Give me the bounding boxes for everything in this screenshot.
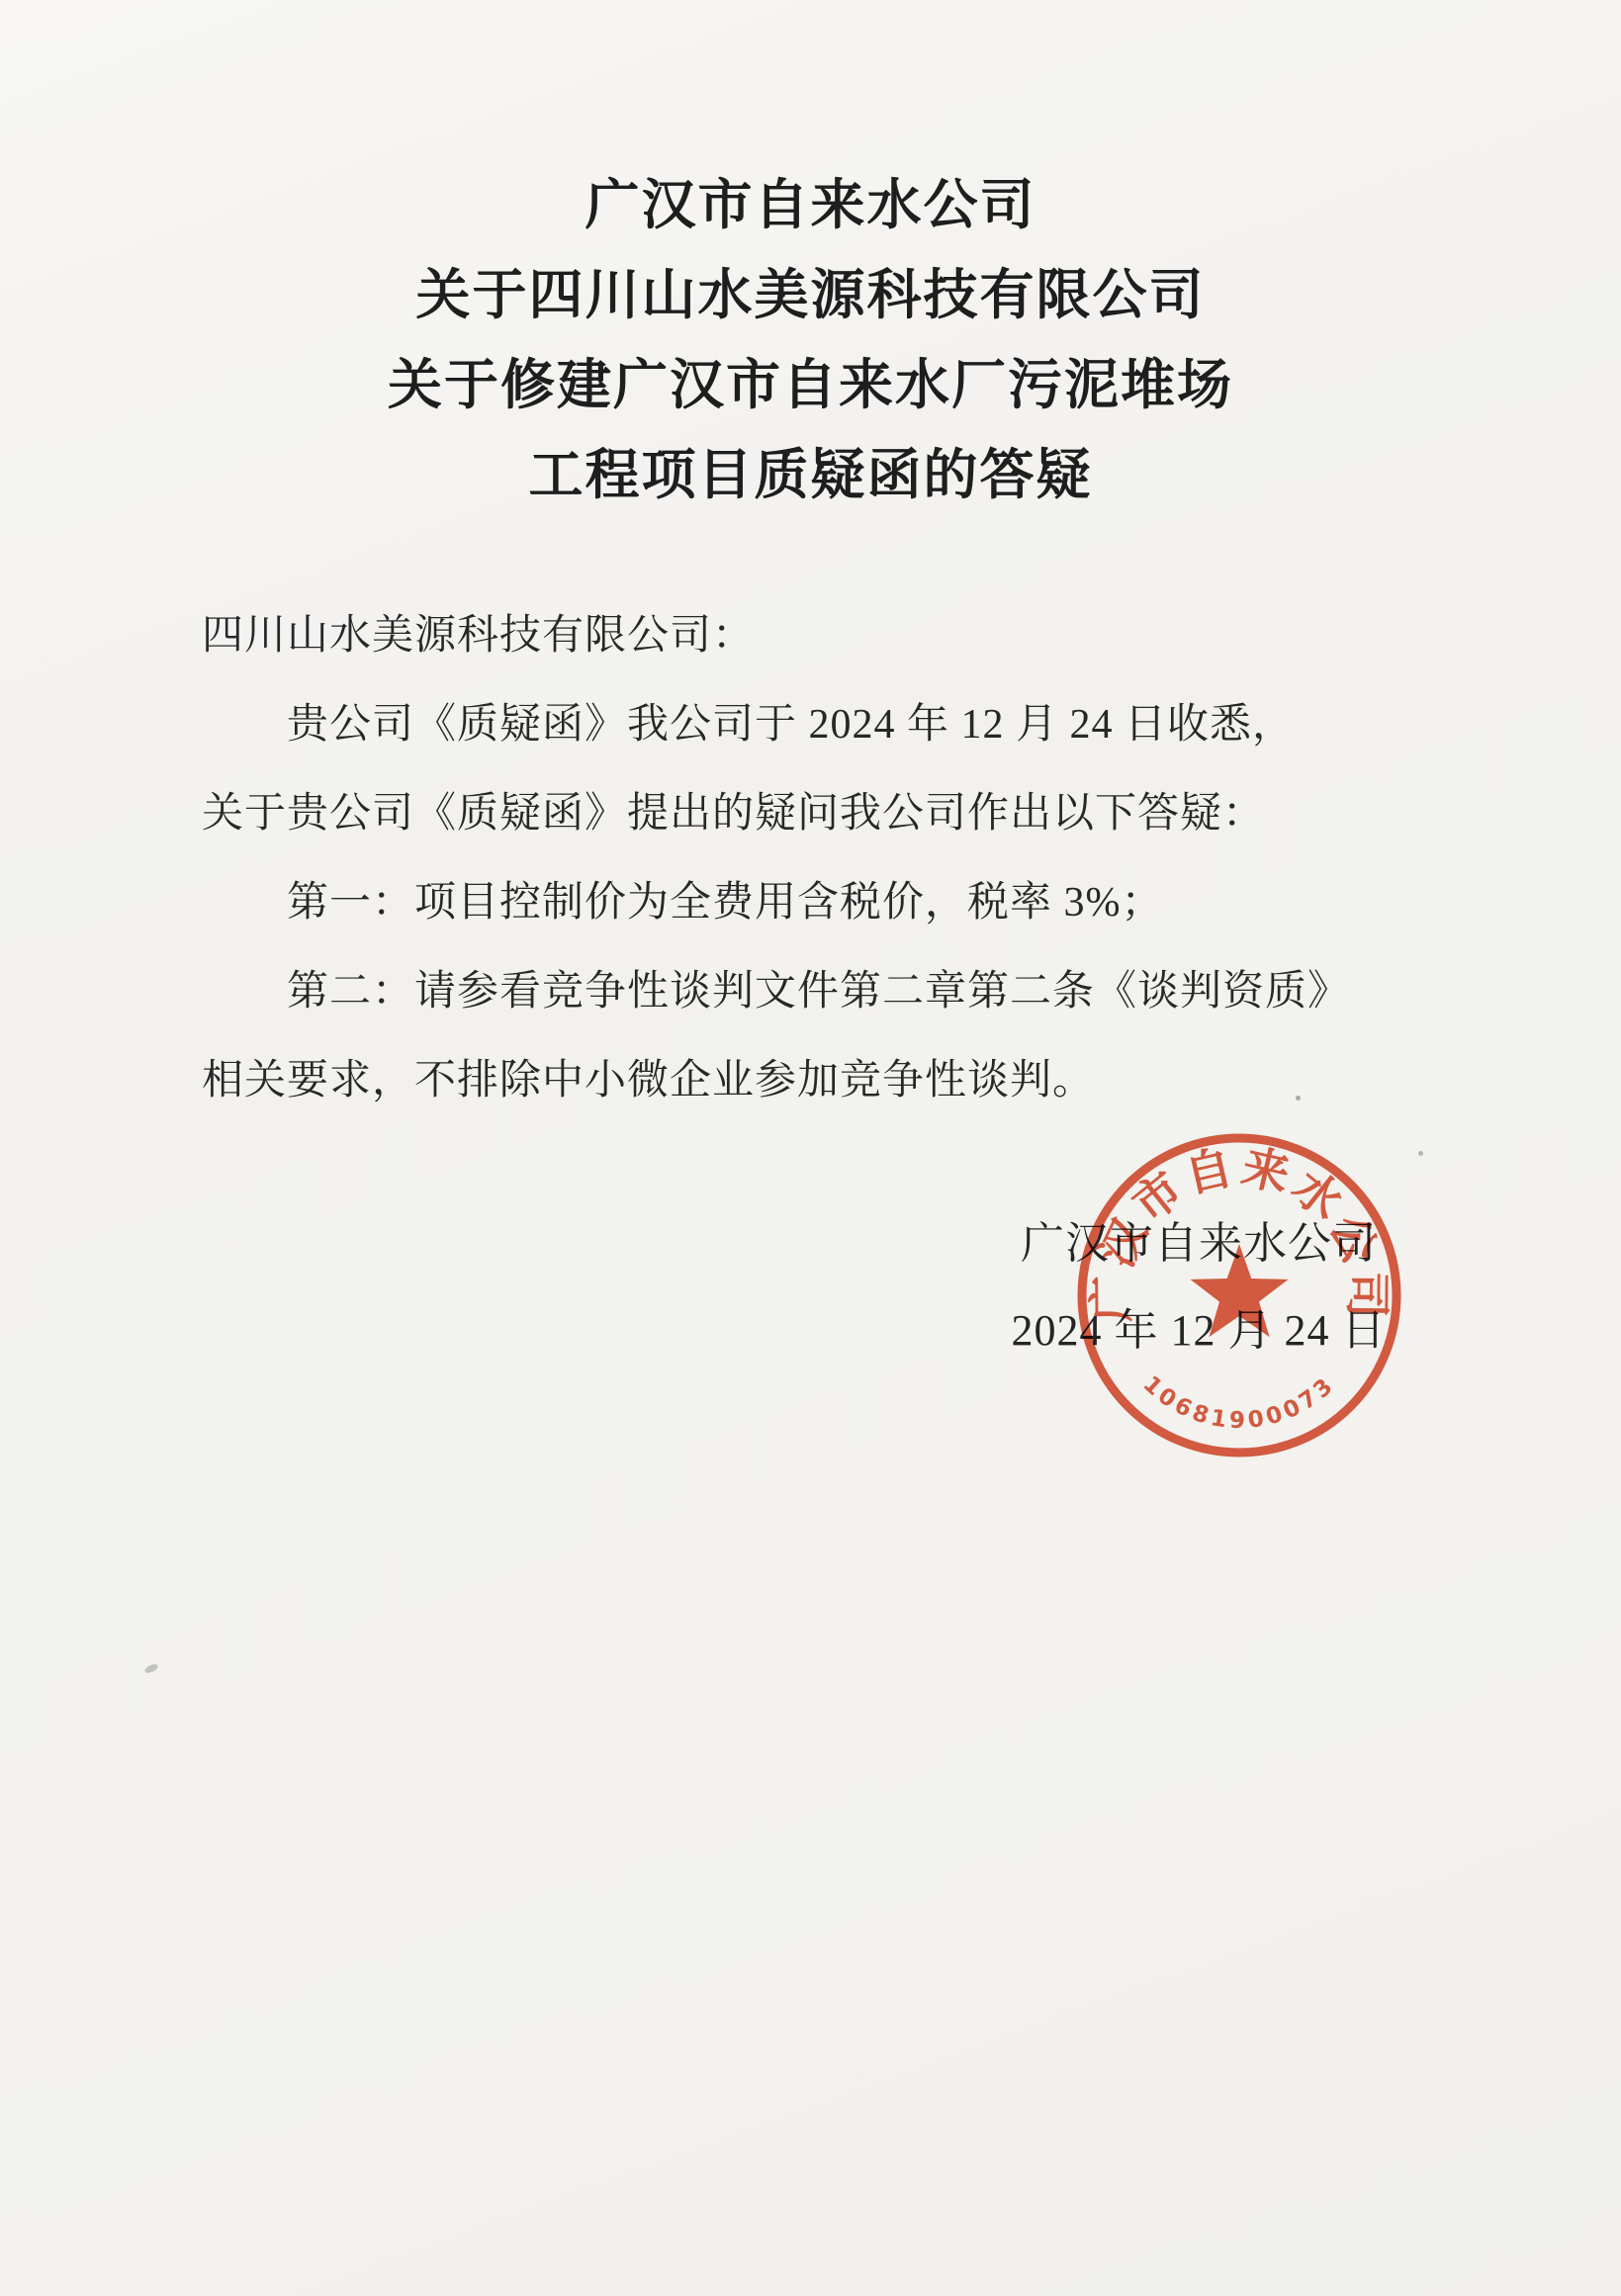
body-line: 第二：请参看竞争性谈判文件第二章第二条《谈判资质》 bbox=[202, 947, 1438, 1036]
letter-body: 四川山水美源科技有限公司： 贵公司《质疑函》我公司于 2024 年 12 月 2… bbox=[202, 591, 1438, 1125]
body-line: 相关要求，不排除中小微企业参加竞争性谈判。 bbox=[202, 1036, 1438, 1125]
salutation-line: 四川山水美源科技有限公司： bbox=[202, 591, 1438, 680]
document-page: 广汉市自来水公司 关于四川山水美源科技有限公司 关于修建广汉市自来水厂污泥堆场 … bbox=[0, 0, 1621, 2296]
title-line-3: 关于修建广汉市自来水厂污泥堆场 bbox=[0, 340, 1621, 430]
signature-date: 2024 年 12 月 24 日 bbox=[1001, 1287, 1396, 1374]
title-line-1: 广汉市自来水公司 bbox=[0, 160, 1621, 250]
scan-speck bbox=[1418, 1151, 1423, 1156]
scan-speck bbox=[1296, 1096, 1301, 1101]
body-line: 第一：项目控制价为全费用含税价，税率 3%； bbox=[202, 858, 1438, 947]
body-line: 关于贵公司《质疑函》提出的疑问我公司作出以下答疑： bbox=[202, 769, 1438, 858]
body-line: 贵公司《质疑函》我公司于 2024 年 12 月 24 日收悉， bbox=[202, 680, 1438, 769]
signature-block: 广汉市自来水公司 2024 年 12 月 24 日 bbox=[1001, 1200, 1396, 1374]
document-title: 广汉市自来水公司 关于四川山水美源科技有限公司 关于修建广汉市自来水厂污泥堆场 … bbox=[0, 160, 1621, 520]
title-line-2: 关于四川山水美源科技有限公司 bbox=[0, 250, 1621, 340]
scan-speck bbox=[143, 1662, 159, 1674]
title-line-4: 工程项目质疑函的答疑 bbox=[0, 430, 1621, 520]
signature-company: 广汉市自来水公司 bbox=[1001, 1200, 1396, 1287]
